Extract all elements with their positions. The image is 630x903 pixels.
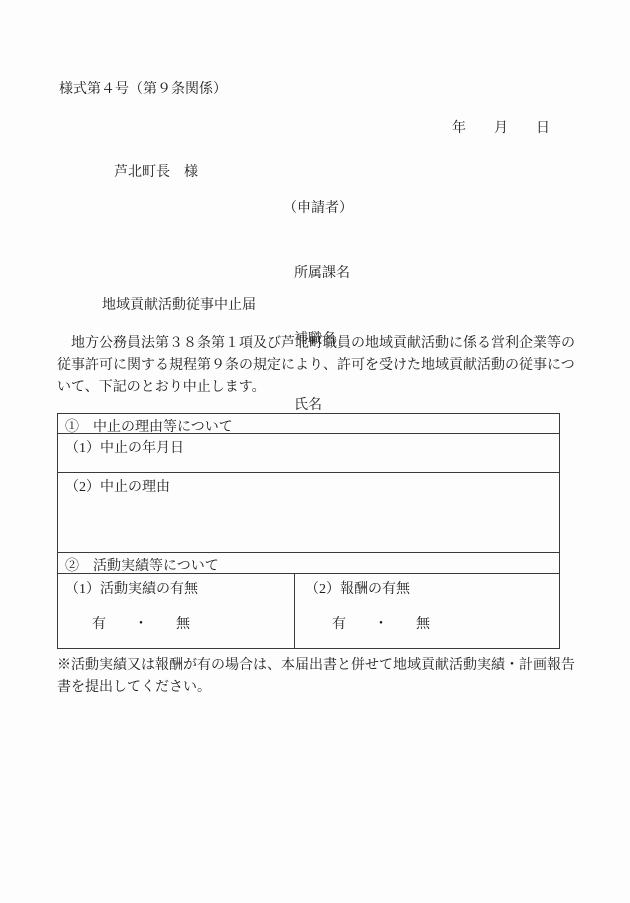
table-section2-header: ② 活動実績等について <box>58 553 559 574</box>
table-section1-header: ① 中止の理由等について <box>58 414 559 434</box>
cell-activity-record-options: 有 ・ 無 <box>65 613 294 633</box>
document-page: 様式第４号（第９条関係） 年 月 日 芦北町長 様 （申請者） 所属課名 補職名… <box>0 0 630 903</box>
cell-activity-record-label: （1）活動実績の有無 <box>65 578 294 598</box>
cell-remuneration-label: （2）報酬の有無 <box>305 578 559 598</box>
date-line: 年 月 日 <box>452 117 550 137</box>
form-table: ① 中止の理由等について （1）中止の年月日 （2）中止の理由 ② 活動実績等に… <box>57 413 560 649</box>
cell-remuneration-options: 有 ・ 無 <box>305 613 559 633</box>
body-paragraph: 地方公務員法第３８条第１項及び芦北町職員の地域貢献活動に係る営利企業等の従事許可… <box>57 333 579 399</box>
footnote: ※活動実績又は報酬が有の場合は、本届出書と併せて地域貢献活動実績・計画報告書を提… <box>57 655 579 699</box>
applicant-field-department: 所属課名 <box>294 263 350 285</box>
form-number: 様式第４号（第９条関係） <box>59 78 227 98</box>
cell-activity-record: （1）活動実績の有無 有 ・ 無 <box>58 574 295 648</box>
row-stop-date: （1）中止の年月日 <box>58 434 559 473</box>
cell-remuneration: （2）報酬の有無 有 ・ 無 <box>295 574 559 648</box>
document-title: 地域貢献活動従事中止届 <box>102 294 256 314</box>
table-section2-row: （1）活動実績の有無 有 ・ 無 （2）報酬の有無 有 ・ 無 <box>58 574 559 648</box>
addressee: 芦北町長 様 <box>114 161 198 181</box>
row-stop-reason: （2）中止の理由 <box>58 473 559 553</box>
applicant-label: （申請者） <box>283 197 353 217</box>
